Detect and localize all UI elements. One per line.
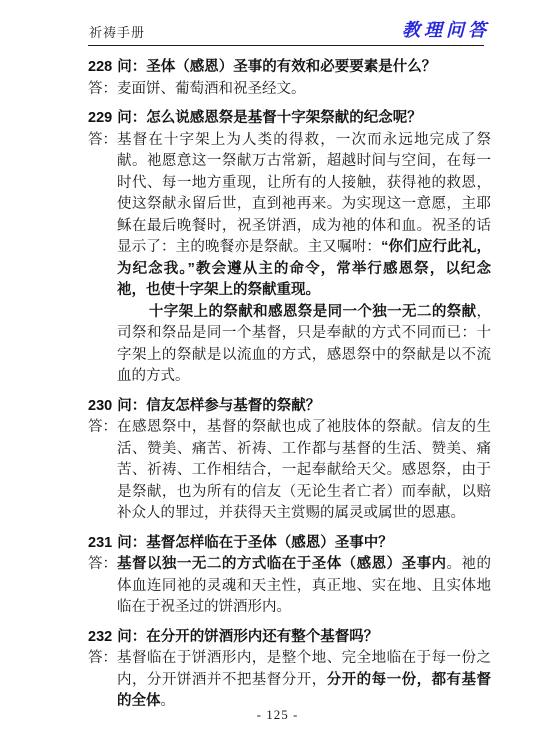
- question-label: 问：: [117, 398, 146, 414]
- answer-paragraphs: 基督在十字架上为人类的得救，一次而永远地完成了祭献。祂愿意这一祭献万古常新，超越…: [117, 130, 491, 388]
- question-label: 问：: [117, 629, 146, 645]
- answer-block: 答： 基督在十字架上为人类的得救，一次而永远地完成了祭献。祂愿意这一祭献万古常新…: [88, 130, 491, 388]
- qa-block: 228问：圣体（感恩）圣事的有效和必要要素是什么？ 答： 麦面饼、葡萄酒和祝圣经…: [88, 57, 491, 100]
- question-label: 问：: [117, 59, 146, 75]
- answer-block: 答： 在感恩祭中，基督的祭献也成了祂肢体的祭献。信友的生活、赞美、痛苦、祈祷、工…: [88, 417, 491, 525]
- answer-block: 答： 基督以独一无二的方式临在于圣体（感恩）圣事内。祂的体血连同祂的灵魂和天主性…: [88, 554, 491, 619]
- question-line: 230问：信友怎样参与基督的祭献？: [88, 396, 491, 418]
- question-line: 229问：怎么说感恩祭是基督十字架祭献的纪念呢？: [88, 108, 491, 130]
- question-text: 基督怎样临在于圣体（感恩）圣事中？: [146, 535, 393, 551]
- page-number: - 125 -: [257, 707, 299, 722]
- answer-text: 在感恩祭中，基督的祭献也成了祂肢体的祭献。信友的生活、赞美、痛苦、祈祷、工作都与…: [117, 419, 491, 521]
- answer-paragraph: 基督临在于饼酒形内，是整个地、完全地临在于每一份之内，分开饼酒并不把基督分开，分…: [117, 648, 491, 713]
- answer-text: 基督在十字架上为人类的得救，一次而永远地完成了祭献。祂愿意这一祭献万古常新，超越…: [117, 132, 491, 256]
- qa-content: 228问：圣体（感恩）圣事的有效和必要要素是什么？ 答： 麦面饼、葡萄酒和祝圣经…: [88, 57, 491, 721]
- question-line: 231问：基督怎样临在于圣体（感恩）圣事中？: [88, 533, 491, 555]
- answer-paragraph: 基督以独一无二的方式临在于圣体（感恩）圣事内。祂的体血连同祂的灵魂和天主性，真正…: [117, 554, 491, 619]
- question-text: 在分开的饼酒形内还有整个基督吗？: [146, 629, 378, 645]
- question-number: 228: [88, 59, 112, 75]
- question-number: 232: [88, 629, 112, 645]
- question-number: 230: [88, 398, 112, 414]
- question-number: 231: [88, 535, 112, 551]
- question-label: 问：: [117, 110, 146, 126]
- answer-label: 答：: [88, 554, 117, 576]
- question-line: 232问：在分开的饼酒形内还有整个基督吗？: [88, 627, 491, 649]
- answer-paragraphs: 基督以独一无二的方式临在于圣体（感恩）圣事内。祂的体血连同祂的灵魂和天主性，真正…: [117, 554, 491, 619]
- answer-label: 答：: [88, 648, 117, 670]
- answer-block: 答： 麦面饼、葡萄酒和祝圣经文。: [88, 79, 491, 101]
- page-header: 祈祷手册 教理问答: [88, 16, 484, 46]
- answer-paragraphs: 在感恩祭中，基督的祭献也成了祂肢体的祭献。信友的生活、赞美、痛苦、祈祷、工作都与…: [117, 417, 491, 525]
- question-text: 信友怎样参与基督的祭献？: [146, 398, 320, 414]
- answer-label: 答：: [88, 79, 117, 101]
- answer-paragraphs: 基督临在于饼酒形内，是整个地、完全地临在于每一份之内，分开饼酒并不把基督分开，分…: [117, 648, 491, 713]
- document-page: 祈祷手册 教理问答 228问：圣体（感恩）圣事的有效和必要要素是什么？ 答： 麦…: [0, 0, 555, 730]
- qa-block: 229问：怎么说感恩祭是基督十字架祭献的纪念呢？ 答： 基督在十字架上为人类的得…: [88, 108, 491, 388]
- answer-block: 答： 基督临在于饼酒形内，是整个地、完全地临在于每一份之内，分开饼酒并不把基督分…: [88, 648, 491, 713]
- answer-text-emphasis: 十字架上的祭献和感恩祭是同一个独一无二的祭献: [149, 304, 477, 320]
- question-line: 228问：圣体（感恩）圣事的有效和必要要素是什么？: [88, 57, 491, 79]
- answer-text-emphasis: 基督以独一无二的方式临在于圣体（感恩）圣事内: [117, 556, 447, 572]
- qa-block: 230问：信友怎样参与基督的祭献？ 答： 在感恩祭中，基督的祭献也成了祂肢体的祭…: [88, 396, 491, 525]
- answer-label: 答：: [88, 130, 117, 152]
- answer-paragraph: 十字架上的祭献和感恩祭是同一个独一无二的祭献，司祭和祭品是同一个基督，只是奉献的…: [117, 302, 491, 388]
- answer-text: 麦面饼、葡萄酒和祝圣经文。: [117, 81, 306, 97]
- answer-paragraphs: 麦面饼、葡萄酒和祝圣经文。: [117, 79, 491, 101]
- question-label: 问：: [117, 535, 146, 551]
- running-title-right: 教理问答: [402, 16, 490, 42]
- answer-paragraph: 麦面饼、葡萄酒和祝圣经文。: [117, 79, 491, 101]
- question-text: 怎么说感恩祭是基督十字架祭献的纪念呢？: [146, 110, 422, 126]
- page-footer: - 125 -: [0, 707, 555, 723]
- question-number: 229: [88, 110, 112, 126]
- qa-block: 231问：基督怎样临在于圣体（感恩）圣事中？ 答： 基督以独一无二的方式临在于圣…: [88, 533, 491, 619]
- question-text: 圣体（感恩）圣事的有效和必要要素是什么？: [146, 59, 436, 75]
- running-title-left: 祈祷手册: [89, 22, 145, 41]
- answer-label: 答：: [88, 417, 117, 439]
- answer-paragraph: 在感恩祭中，基督的祭献也成了祂肢体的祭献。信友的生活、赞美、痛苦、祈祷、工作都与…: [117, 417, 491, 525]
- answer-paragraph: 基督在十字架上为人类的得救，一次而永远地完成了祭献。祂愿意这一祭献万古常新，超越…: [117, 130, 491, 302]
- qa-block: 232问：在分开的饼酒形内还有整个基督吗？ 答： 基督临在于饼酒形内，是整个地、…: [88, 627, 491, 713]
